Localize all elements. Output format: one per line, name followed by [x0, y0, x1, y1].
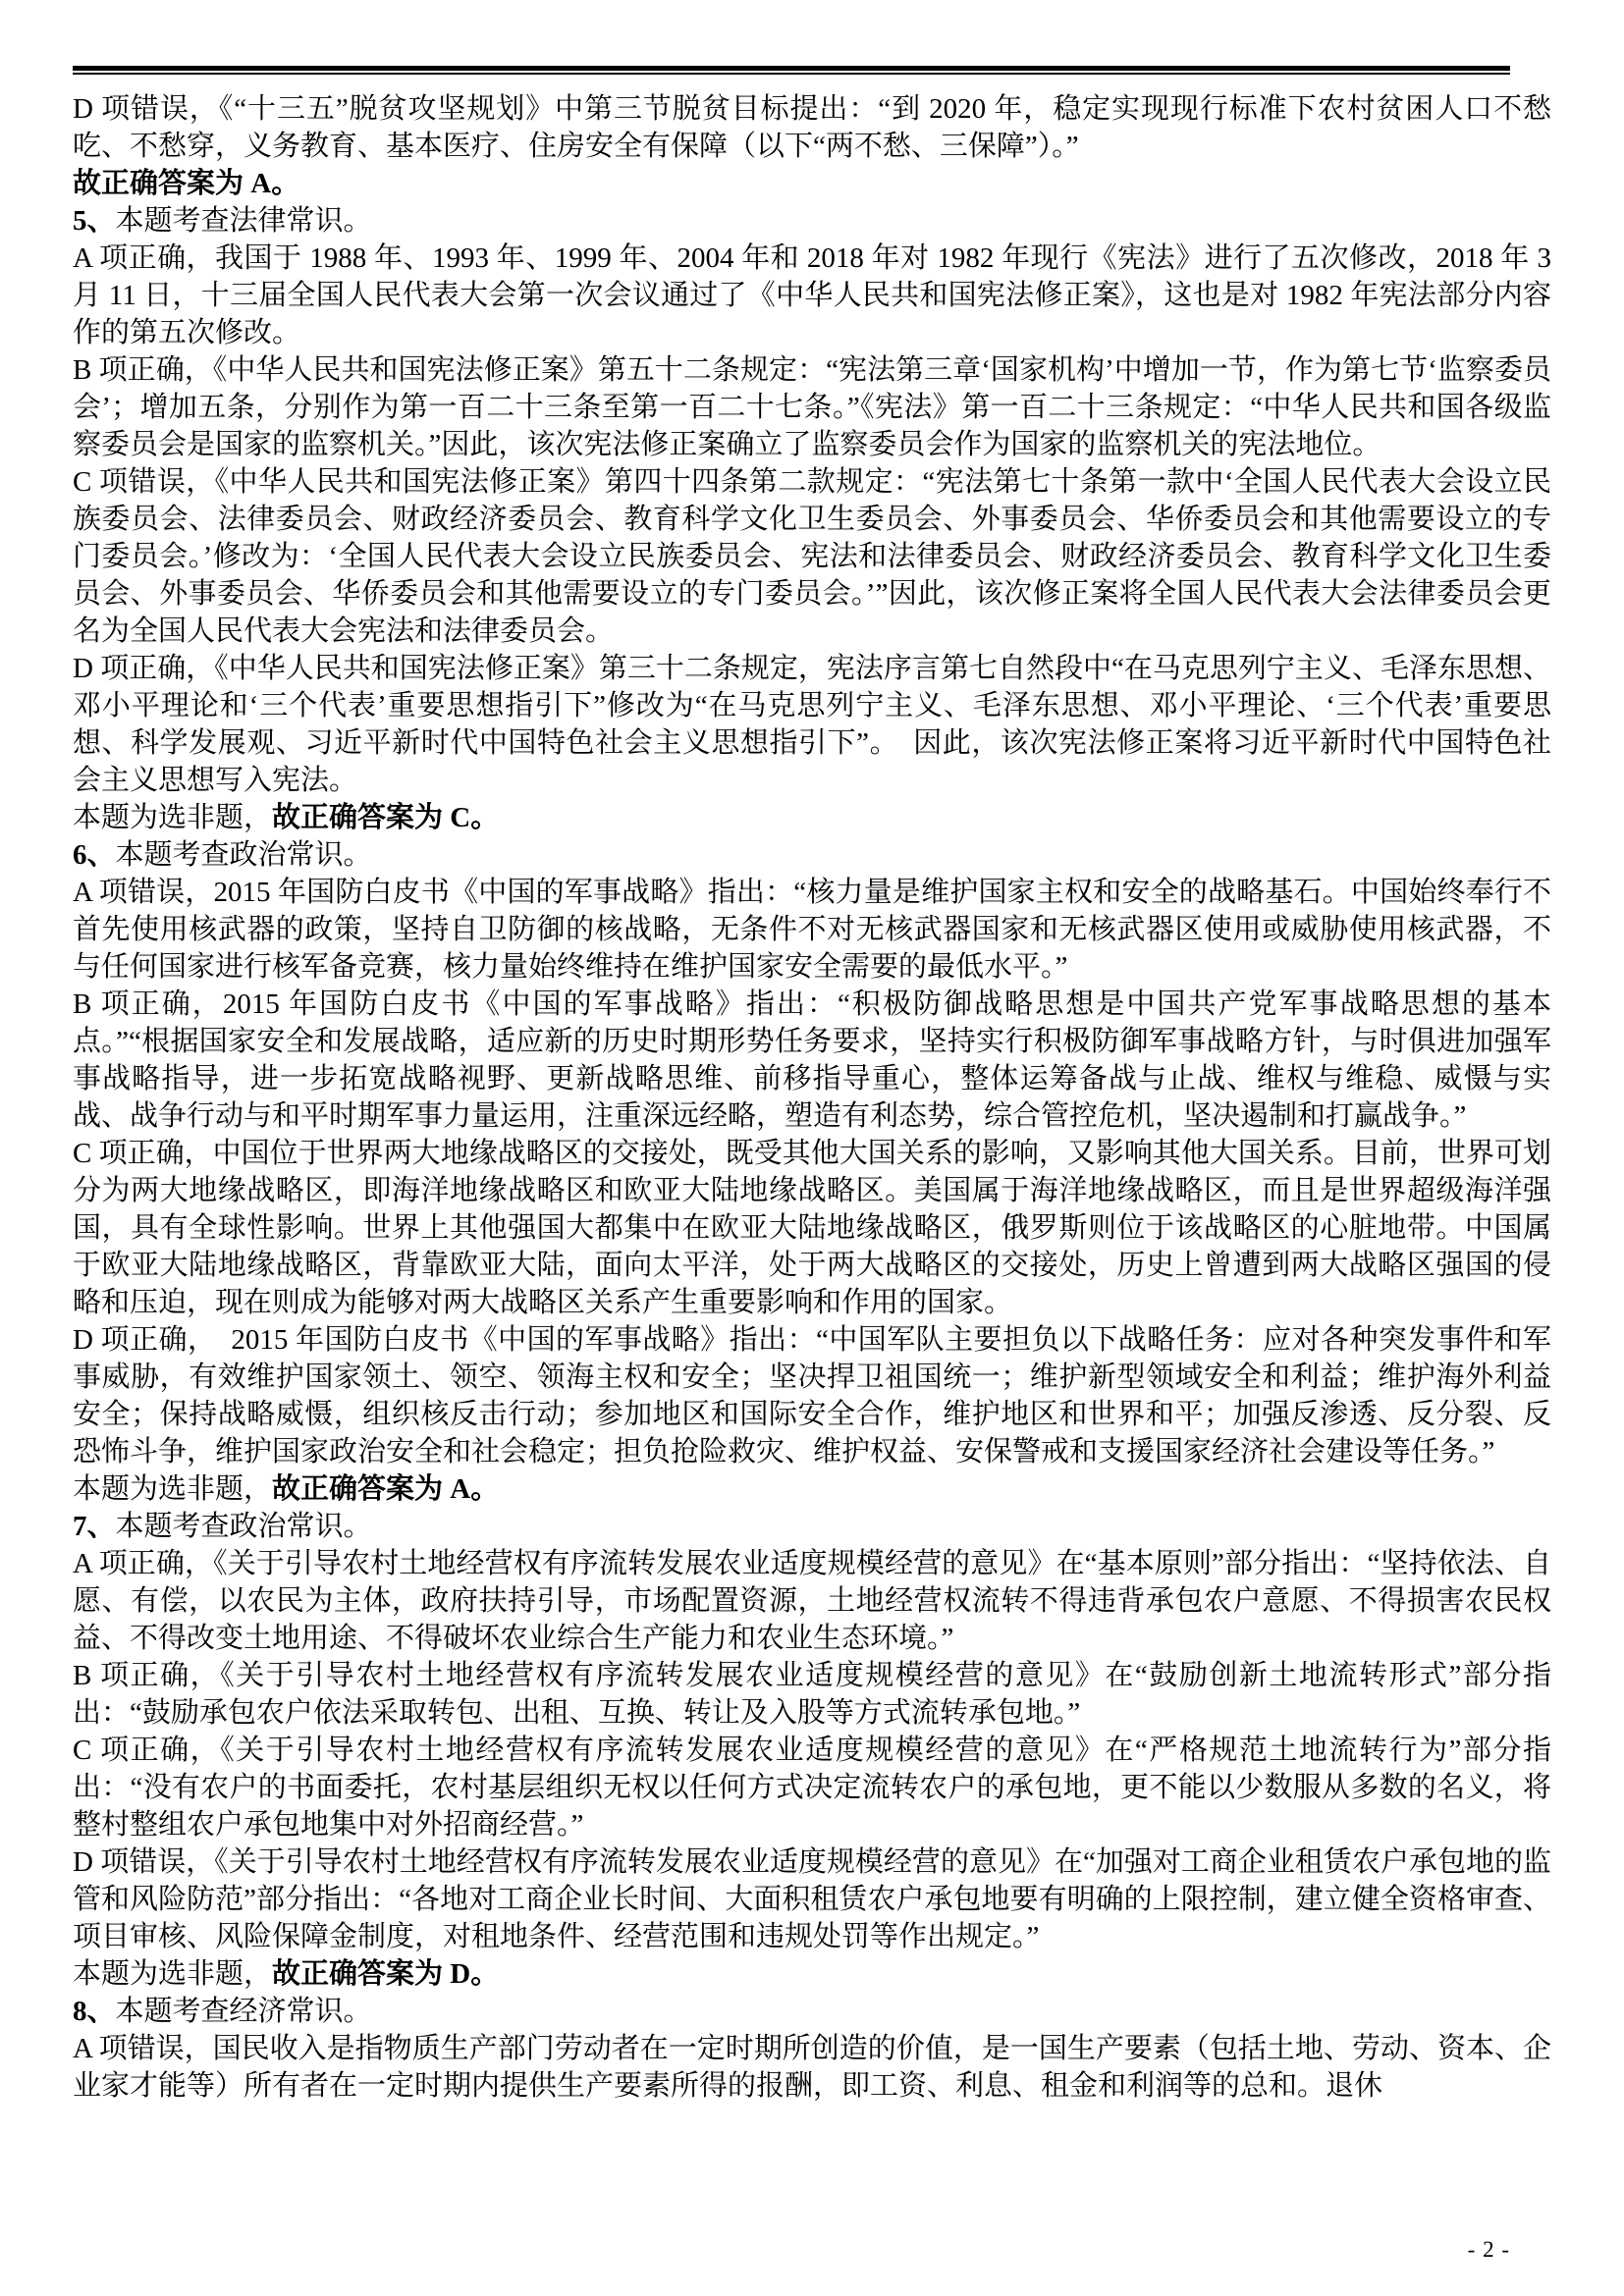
paragraph-text: 本题考查法律常识。	[116, 205, 372, 237]
paragraph-text: D 项错误，《“十三五”脱贫攻坚规划》中第三节脱贫目标提出：“到 2020 年，…	[73, 93, 1551, 162]
paragraph-text: C 项错误，《中华人民共和国宪法修正案》第四十四条第二款规定：“宪法第七十条第一…	[73, 466, 1551, 647]
paragraph-text-bold: 6、	[73, 839, 116, 871]
paragraph: 故正确答案为 A。	[73, 165, 1551, 202]
paragraph-text: 本题考查政治常识。	[116, 1511, 372, 1542]
paragraph: A 项正确，《关于引导农村土地经营权有序流转发展农业适度规模经营的意见》在“基本…	[73, 1545, 1551, 1657]
paragraph-text: D 项正确， 2015 年国防白皮书《中国的军事战略》指出：“中国军队主要担负以…	[73, 1324, 1551, 1468]
paragraph-text: D 项正确，《中华人民共和国宪法修正案》第三十二条规定，宪法序言第七自然段中“在…	[73, 653, 1551, 796]
paragraph: B 项正确，《中华人民共和国宪法修正案》第五十二条规定：“宪法第三章‘国家机构’…	[73, 351, 1551, 463]
paragraph: C 项正确，《关于引导农村土地经营权有序流转发展农业适度规模经营的意见》在“严格…	[73, 1732, 1551, 1843]
paragraph-text-bold: 故正确答案为 A。	[73, 168, 299, 199]
paragraph: D 项错误，《“十三五”脱贫攻坚规划》中第三节脱贫目标提出：“到 2020 年，…	[73, 90, 1551, 165]
paragraph-text: B 项正确，2015 年国防白皮书《中国的军事战略》指出：“积极防御战略思想是中…	[73, 988, 1551, 1132]
paragraph: A 项正确，我国于 1988 年、1993 年、1999 年、2004 年和 2…	[73, 240, 1551, 351]
paragraph-text-bold: 5、	[73, 205, 116, 237]
paragraph-text: A 项错误，2015 年国防白皮书《中国的军事战略》指出：“核力量是维护国家主权…	[73, 877, 1551, 983]
paragraph-text: A 项错误，国民收入是指物质生产部门劳动者在一定时期所创造的价值，是一国生产要素…	[73, 2033, 1551, 2102]
paragraph-text: 本题为选非题，	[73, 1958, 272, 1990]
paragraph: 8、本题考查经济常识。	[73, 1993, 1551, 2030]
paragraph: B 项正确，《关于引导农村土地经营权有序流转发展农业适度规模经营的意见》在“鼓励…	[73, 1657, 1551, 1732]
paragraph: 本题为选非题，故正确答案为 A。	[73, 1470, 1551, 1508]
paragraph: A 项错误，国民收入是指物质生产部门劳动者在一定时期所创造的价值，是一国生产要素…	[73, 2030, 1551, 2105]
paragraph-text-bold: 故正确答案为 C。	[272, 802, 499, 833]
paragraph: D 项错误，《关于引导农村土地经营权有序流转发展农业适度规模经营的意见》在“加强…	[73, 1843, 1551, 1955]
paragraph-text: C 项正确，中国位于世界两大地缘战略区的交接处，既受其他大国关系的影响，又影响其…	[73, 1138, 1551, 1318]
page-footer: - 2 -	[1468, 2237, 1510, 2263]
paragraph-text-bold: 故正确答案为 A。	[272, 1473, 499, 1505]
paragraph-text: A 项正确，我国于 1988 年、1993 年、1999 年、2004 年和 2…	[73, 242, 1551, 348]
page-number: - 2 -	[1468, 2237, 1510, 2262]
paragraph-text: B 项正确，《中华人民共和国宪法修正案》第五十二条规定：“宪法第三章‘国家机构’…	[73, 354, 1551, 460]
paragraph: D 项正确，《中华人民共和国宪法修正案》第三十二条规定，宪法序言第七自然段中“在…	[73, 650, 1551, 799]
paragraph-text: A 项正确，《关于引导农村土地经营权有序流转发展农业适度规模经营的意见》在“基本…	[73, 1548, 1551, 1654]
paragraph: 7、本题考查政治常识。	[73, 1508, 1551, 1545]
paragraph-text: C 项正确，《关于引导农村土地经营权有序流转发展农业适度规模经营的意见》在“严格…	[73, 1735, 1551, 1841]
paragraph: A 项错误，2015 年国防白皮书《中国的军事战略》指出：“核力量是维护国家主权…	[73, 874, 1551, 986]
paragraph: C 项正确，中国位于世界两大地缘战略区的交接处，既受其他大国关系的影响，又影响其…	[73, 1135, 1551, 1321]
paragraph-text-bold: 故正确答案为 D。	[272, 1958, 499, 1990]
paragraph-text: B 项正确，《关于引导农村土地经营权有序流转发展农业适度规模经营的意见》在“鼓励…	[73, 1660, 1551, 1729]
paragraph: 本题为选非题，故正确答案为 D。	[73, 1955, 1551, 1993]
paragraph-text: 本题考查经济常识。	[116, 1996, 372, 2027]
paragraph-text: D 项错误，《关于引导农村土地经营权有序流转发展农业适度规模经营的意见》在“加强…	[73, 1846, 1551, 1952]
paragraph: D 项正确， 2015 年国防白皮书《中国的军事战略》指出：“中国军队主要担负以…	[73, 1321, 1551, 1470]
header-divider	[73, 66, 1510, 75]
paragraph-text-bold: 7、	[73, 1511, 116, 1542]
document-page: D 项错误，《“十三五”脱贫攻坚规划》中第三节脱贫目标提出：“到 2020 年，…	[0, 0, 1624, 2296]
paragraph-text: 本题考查政治常识。	[116, 839, 372, 871]
paragraph: 6、本题考查政治常识。	[73, 836, 1551, 874]
paragraph: C 项错误，《中华人民共和国宪法修正案》第四十四条第二款规定：“宪法第七十条第一…	[73, 463, 1551, 650]
paragraph-text-bold: 8、	[73, 1996, 116, 2027]
paragraph: B 项正确，2015 年国防白皮书《中国的军事战略》指出：“积极防御战略思想是中…	[73, 986, 1551, 1135]
paragraph-text: 本题为选非题，	[73, 1473, 272, 1505]
paragraph: 5、本题考查法律常识。	[73, 202, 1551, 240]
document-body: D 项错误，《“十三五”脱贫攻坚规划》中第三节脱贫目标提出：“到 2020 年，…	[73, 90, 1551, 2105]
paragraph-text: 本题为选非题，	[73, 802, 272, 833]
paragraph: 本题为选非题，故正确答案为 C。	[73, 799, 1551, 836]
